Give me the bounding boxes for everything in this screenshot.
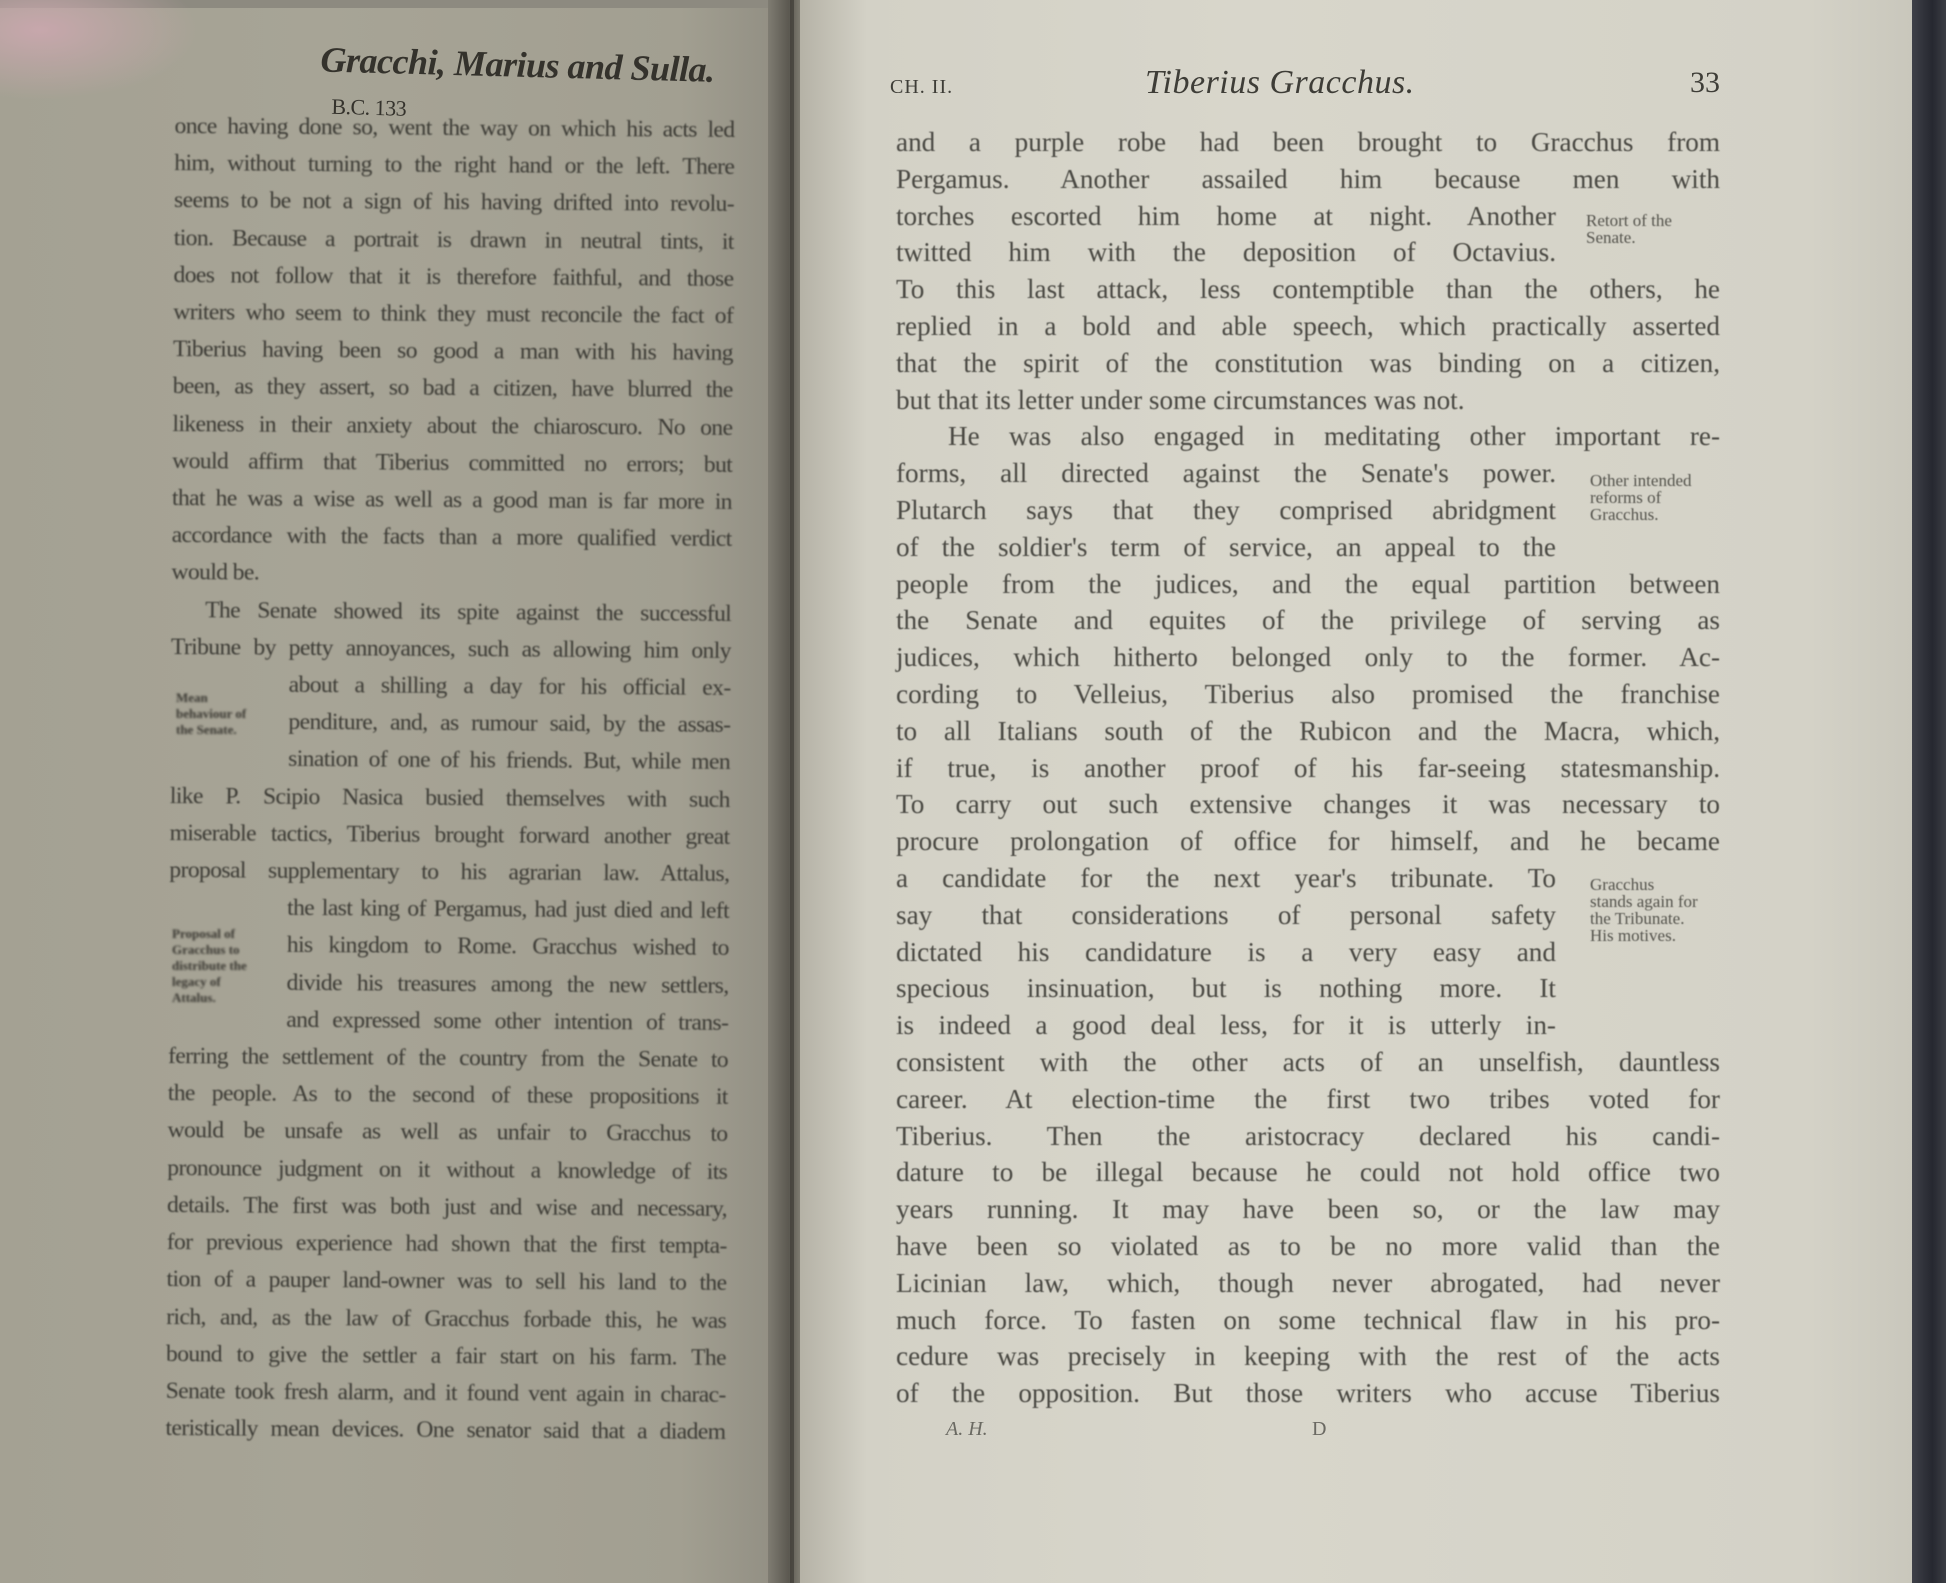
margin-note-retort: Retort of the Senate. [1586, 212, 1696, 246]
text-line: pronounce judgment on it without a knowl… [167, 1150, 727, 1191]
text-line: once having done so, went the way on whi… [174, 108, 734, 149]
text-line: He was also engaged in meditating other … [896, 418, 1720, 455]
text-line: much force. To fasten on some technical … [896, 1302, 1720, 1339]
text-line: been, as they assert, so bad a citizen, … [173, 368, 733, 409]
text-line: of the opposition. But those writers who… [896, 1375, 1720, 1412]
text-line: torches escorted him home at night. Anot… [896, 198, 1556, 235]
text-line: tion of a pauper land-owner was to sell … [166, 1261, 726, 1302]
right-page-body: and a purple robe had been brought to Gr… [896, 124, 1720, 1412]
text-line: him, without turning to the right hand o… [174, 145, 734, 186]
text-line: bound to give the settler a fair start o… [166, 1336, 726, 1377]
text-line: Senate took fresh alarm, and it found ve… [166, 1373, 726, 1414]
text-line: would be unsafe as well as unfair to Gra… [167, 1113, 727, 1154]
text-line: and a purple robe had been brought to Gr… [896, 124, 1720, 161]
text-line: seems to be not a sign of his having dri… [174, 182, 734, 223]
text-line: and expressed some other intention of tr… [168, 1001, 728, 1042]
finger-shadow [0, 0, 200, 100]
text-line: the people. As to the second of these pr… [168, 1075, 728, 1116]
text-line: replied in a bold and able speech, which… [896, 308, 1720, 345]
text-line: his kingdom to Rome. Gracchus wished to [169, 927, 729, 968]
text-line: dictated his candidature is a very easy … [896, 934, 1556, 971]
text-line: Licinian law, which, though never abroga… [896, 1265, 1720, 1302]
margin-note-mean-behaviour: Mean behaviour of the Senate. [176, 690, 256, 738]
text-line: is indeed a good deal less, for it is ut… [896, 1007, 1556, 1044]
margin-note-other-reforms: Other intended reforms of Gracchus. [1590, 472, 1700, 523]
text-line: dature to be illegal because he could no… [896, 1154, 1720, 1191]
text-line: consistent with the other acts of an uns… [896, 1044, 1720, 1081]
text-line: Pergamus. Another assailed him because m… [896, 161, 1720, 198]
text-line: years running. It may have been so, or t… [896, 1191, 1720, 1228]
text-line: judices, which hitherto belonged only to… [896, 639, 1720, 676]
text-line: that the spirit of the constitution was … [896, 345, 1720, 382]
text-line: Tiberius. Then the aristocracy declared … [896, 1118, 1720, 1155]
text-line: tion. Because a portrait is drawn in neu… [174, 220, 734, 261]
margin-note-candidacy: Gracchus stands again for the Tribunate.… [1590, 876, 1700, 944]
book-cover-edge [1912, 0, 1946, 1583]
text-line: The Senate showed its spite against the … [171, 592, 731, 633]
text-line: ferring the settlement of the country fr… [168, 1038, 728, 1079]
running-head-title: Gracchi, Marius and Sulla. [320, 40, 715, 90]
text-line: but that its letter under some circumsta… [896, 382, 1720, 419]
text-line: To carry out such extensive changes it w… [896, 786, 1720, 823]
text-line: cedure was precisely in keeping with the… [896, 1338, 1720, 1375]
text-line: that he was a wise as well as a good man… [172, 480, 732, 521]
text-line: accordance with the facts than a more qu… [172, 517, 732, 558]
text-line: specious insinuation, but is nothing mor… [896, 970, 1556, 1007]
text-line: writers who seem to think they must reco… [173, 294, 733, 335]
open-book: Gracchi, Marius and Sulla. B.C. 133 once… [0, 0, 1946, 1583]
text-line: forms, all directed against the Senate's… [896, 455, 1556, 492]
text-line: career. At election-time the first two t… [896, 1081, 1720, 1118]
text-line: procure prolongation of office for himse… [896, 823, 1720, 860]
text-line: to all Italians south of the Rubicon and… [896, 713, 1720, 750]
text-line: cording to Velleius, Tiberius also promi… [896, 676, 1720, 713]
text-line: if true, is another proof of his far-see… [896, 750, 1720, 787]
text-line: would be. [171, 554, 731, 595]
page-title: Tiberius Gracchus. [1145, 64, 1415, 102]
text-line: like P. Scipio Nasica busied themselves … [170, 778, 730, 819]
text-line: say that considerations of personal safe… [896, 897, 1556, 934]
text-line: have been so violated as to be no more v… [896, 1228, 1720, 1265]
text-line: Tribune by petty annoyances, such as all… [171, 629, 731, 670]
text-line: rich, and, as the law of Gracchus forbad… [166, 1299, 726, 1340]
text-line: twitted him with the deposition of Octav… [896, 234, 1556, 271]
text-line: would affirm that Tiberius committed no … [172, 443, 732, 484]
text-line: proposal supplementary to his agrarian l… [169, 852, 729, 893]
text-line: details. The first was both just and wis… [167, 1187, 727, 1228]
chapter-label: CH. II. [890, 76, 953, 99]
page-number: 33 [1690, 66, 1720, 100]
text-line: does not follow that it is therefore fai… [173, 257, 733, 298]
text-line: of the soldier's term of service, an app… [896, 529, 1556, 566]
text-line: people from the judices, and the equal p… [896, 566, 1720, 603]
text-line: sination of one of his friends. But, whi… [170, 740, 730, 781]
text-line: the Senate and equites of the privilege … [896, 602, 1720, 639]
text-line: a candidate for the next year's tribunat… [896, 860, 1556, 897]
text-line: Tiberius having been so good a man with … [173, 331, 733, 372]
signature-initials: A. H. [946, 1418, 988, 1441]
margin-note-proposal-attalus: Proposal of Gracchus to distribute the l… [172, 926, 252, 1006]
text-line: for previous experience had shown that t… [167, 1224, 727, 1265]
signature-mark: D [1312, 1418, 1326, 1441]
gutter-fold [790, 0, 794, 1583]
text-line: divide his treasures among the new settl… [168, 964, 728, 1005]
left-page-body: once having done so, went the way on whi… [165, 108, 734, 1451]
text-line: Plutarch says that they comprised abridg… [896, 492, 1556, 529]
text-line: the last king of Pergamus, had just died… [169, 889, 729, 930]
text-line: miserable tactics, Tiberius brought forw… [169, 815, 729, 856]
text-line: likeness in their anxiety about the chia… [172, 406, 732, 447]
text-line: teristically mean devices. One senator s… [165, 1410, 725, 1451]
right-running-head: CH. II. Tiberius Gracchus. 33 [890, 64, 1720, 104]
text-line: To this last attack, less contemptible t… [896, 271, 1720, 308]
